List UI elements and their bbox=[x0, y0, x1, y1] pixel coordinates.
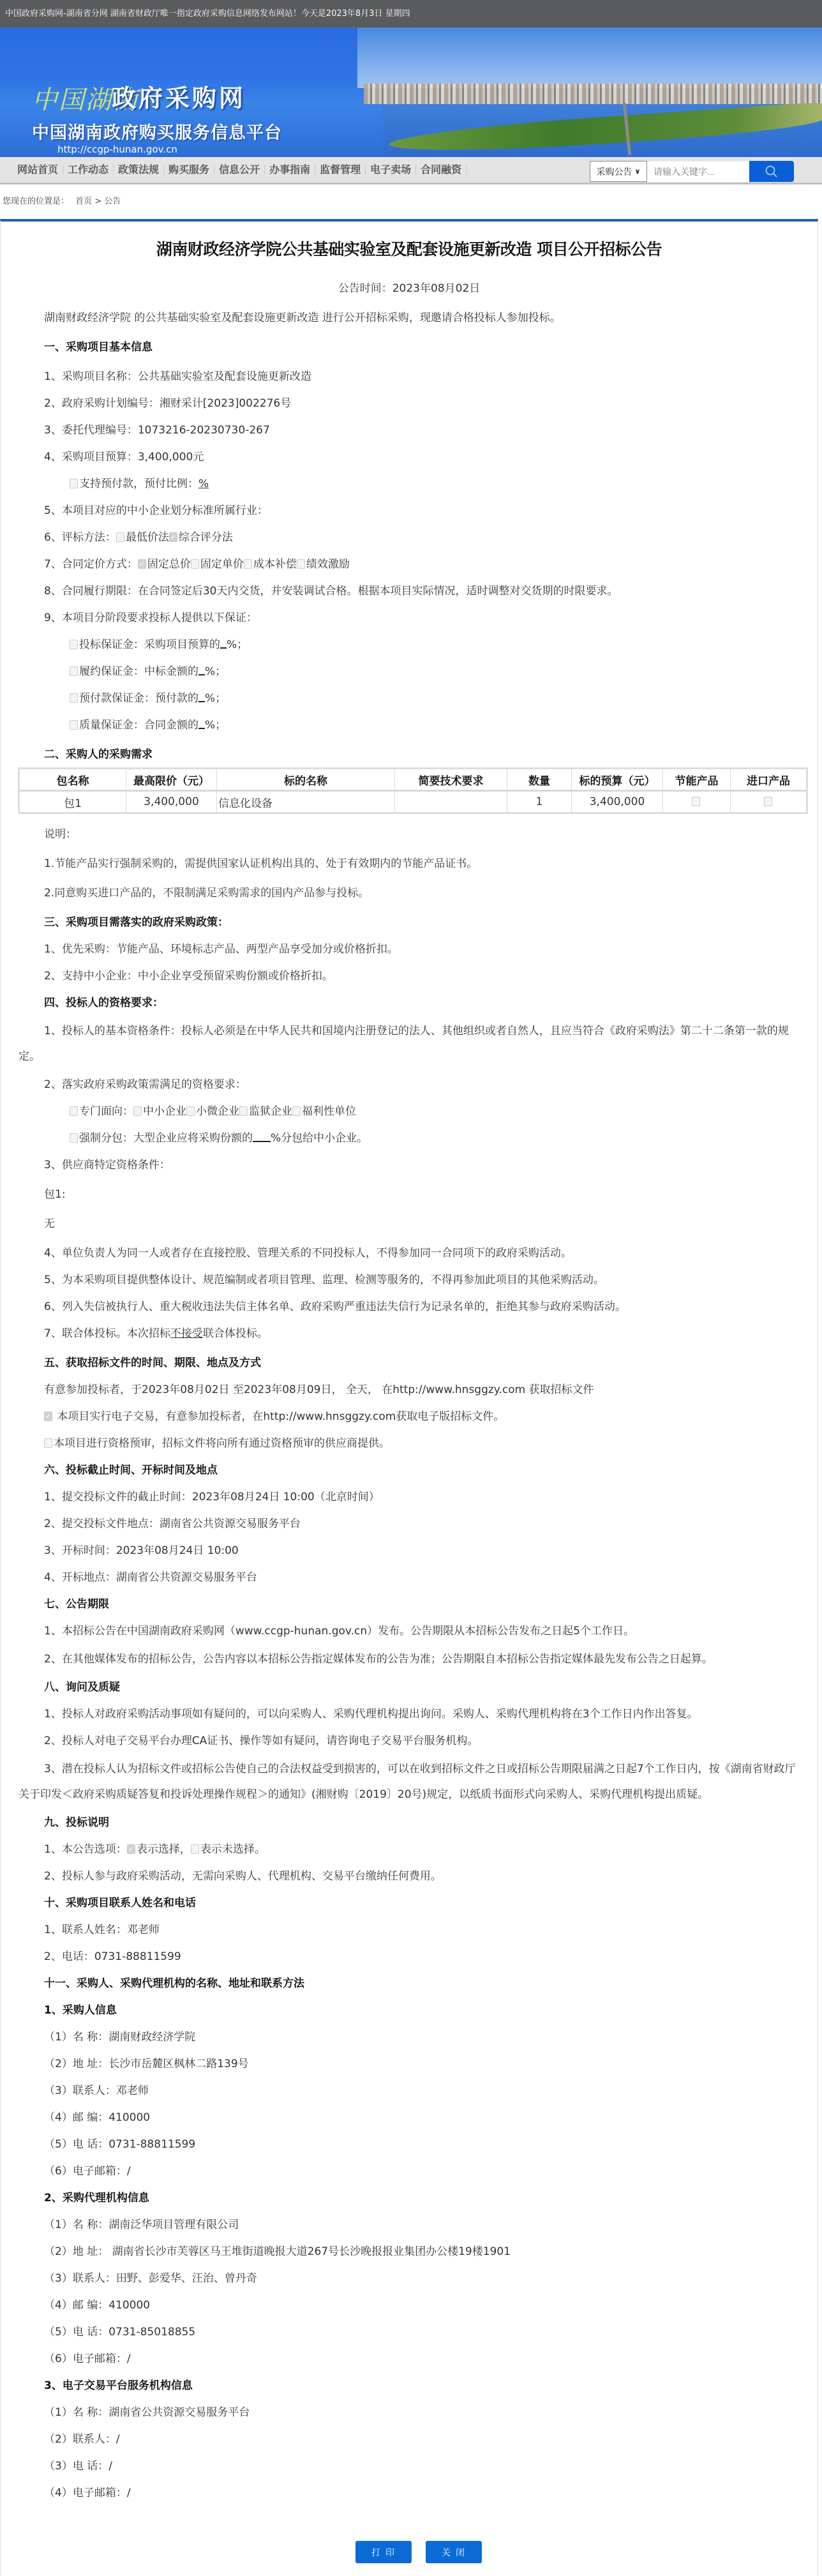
section-8-heading: 八、询问及质疑 bbox=[19, 1681, 800, 1694]
search-icon bbox=[765, 165, 779, 179]
s9-item2: 2、投标人参与政府采购活动，无需向采购人、代理机构、交易平台缴纳任何费用。 bbox=[19, 1870, 800, 1883]
checkbox-legend-checked bbox=[127, 1844, 135, 1854]
banner-sky bbox=[357, 27, 822, 88]
announcement-body: 湖南财政经济学院 的公共基础实验室及配套设施更新改造 进行公开招标采购，现邀请合… bbox=[1, 312, 818, 2499]
s1-prepay: 支持预付款，预付比例：% bbox=[19, 478, 800, 490]
search-category-value: 采购公告 bbox=[597, 165, 632, 178]
section-3-heading: 三、采购项目需落实的政府采购政策： bbox=[19, 916, 800, 929]
s2-note2: 2.同意购买进口产品的，不限制满足采购需求的国内产品参与投标。 bbox=[19, 887, 800, 900]
s3-item1: 1、优先采购：节能产品、环境标志产品、两型产品享受加分或价格折扣。 bbox=[19, 943, 800, 956]
s1-item4: 4、采购项目预算：3,400,000元 bbox=[19, 451, 800, 463]
banner-city bbox=[364, 84, 822, 104]
s6-item1: 1、提交投标文件的截止时间：2023年08月24日 10:00（北京时间） bbox=[19, 1491, 800, 1503]
checkbox-sme bbox=[133, 1106, 142, 1116]
section-10-heading: 十、采购项目联系人姓名和电话 bbox=[19, 1897, 800, 1909]
checkbox-comprehensive-score bbox=[169, 532, 177, 542]
logo-subtitle: 中国湖南政府购买服务信息平台 bbox=[32, 119, 282, 144]
agent-info-heading: 2、采购代理机构信息 bbox=[19, 2192, 800, 2204]
top-info-bar: 中国政府采购网-湖南省分网 湖南省财政厅唯一指定政府采购信息网络发布网站！今天是… bbox=[0, 0, 822, 27]
s1-item8: 8、合同履行期限：在合同签定后30天内交货，并安装调试合格。根据本项目实际情况，… bbox=[19, 585, 800, 598]
platform-name: （1）名 称：湖南省公共资源交易服务平台 bbox=[19, 2406, 800, 2419]
s4-item1: 1、投标人的基本资格条件：投标人必须是在中华人民共和国境内注册登记的法人、其他组… bbox=[19, 1018, 800, 1069]
breadcrumb-current: 公告 bbox=[104, 197, 121, 206]
s3-item2: 2、支持中小企业：中小企业享受预留采购份额或价格折扣。 bbox=[19, 970, 800, 983]
chevron-down-icon: ∨ bbox=[635, 167, 641, 176]
checkbox-fixed-unit bbox=[191, 559, 199, 569]
platform-info-heading: 3、电子交易平台服务机构信息 bbox=[19, 2379, 800, 2392]
s1-item5: 5、本项目对应的中小企业划分标准所属行业： bbox=[19, 504, 800, 517]
s6-item2: 2、提交投标文件地点：湖南省公共资源交易服务平台 bbox=[19, 1518, 800, 1530]
s7-item1: 1、本招标公告在中国湖南政府采购网（www.ccgp-hunan.gov.cn）… bbox=[19, 1625, 800, 1638]
s8-item3: 3、潜在投标人认为招标文件或招标公告使自己的合法权益受到损害的，可以在收到招标文… bbox=[19, 1756, 800, 1807]
search-button[interactable] bbox=[749, 161, 794, 182]
checkbox-prison bbox=[239, 1106, 248, 1116]
guarantee-quality: 质量保证金：合同金额的%； bbox=[19, 719, 800, 732]
buyer-contact: （3）联系人：邓老师 bbox=[19, 2084, 800, 2097]
s4-item3: 3、供应商特定资格条件： bbox=[19, 1159, 800, 1171]
s5-line1: 有意参加投标者，于2023年08月02日 至2023年08月09日， 全天， 在… bbox=[19, 1383, 800, 1396]
s9-item1: 1、本公告选项：表示选择，表示未选择。 bbox=[19, 1843, 800, 1856]
publish-date: 公告时间：2023年08月02日 bbox=[1, 279, 818, 295]
s1-item2: 2、政府采购计划编号：湘财采计[2023]002276号 bbox=[19, 397, 800, 410]
s5-line3: 本项目进行资格预审，招标文件将向所有通过资格预审的供应商提供。 bbox=[19, 1437, 800, 1450]
search-category-select[interactable]: 采购公告 ∨ bbox=[590, 161, 647, 182]
top-info-text: 中国政府采购网-湖南省分网 湖南省财政厅唯一指定政府采购信息网络发布网站！今天是… bbox=[5, 9, 410, 19]
s5-line2: 本项目实行电子交易，有意参加投标者，在http://www.hnsggzy.co… bbox=[19, 1410, 800, 1423]
s8-item1: 1、投标人对政府采购活动事项如有疑问的，可以向采购人、采购代理机构提出询问。采购… bbox=[19, 1708, 800, 1721]
s4-item6: 6、列入失信被执行人、重大税收违法失信主体名单、政府采购严重违法失信行为记录名单… bbox=[19, 1300, 800, 1313]
buyer-address: （2）地 址：长沙市岳麓区枫林二路139号 bbox=[19, 2058, 800, 2070]
checkbox-cost-reimburse bbox=[244, 559, 252, 569]
s4-item4: 4、单位负责人为同一人或者存在直接控股、管理关系的不同投标人，不得参加同一合同项… bbox=[19, 1247, 800, 1260]
guarantee-prepay: 预付款保证金：预付款的%； bbox=[19, 692, 800, 705]
s2-note-label: 说明： bbox=[19, 828, 800, 841]
section-6-heading: 六、投标截止时间、开标时间及地点 bbox=[19, 1464, 800, 1477]
checkbox-lowest-price bbox=[116, 532, 124, 542]
section-4-heading: 四、投标人的资格要求： bbox=[19, 997, 800, 1009]
page-title: 湖南财政经济学院公共基础实验室及配套设施更新改造 项目公开招标公告 bbox=[1, 237, 818, 260]
checkbox-e-trade bbox=[44, 1412, 52, 1421]
platform-email: （4）电子邮箱：/ bbox=[19, 2487, 800, 2499]
s2-note1: 1.节能产品实行强制采购的，需提供国家认证机构出具的、处于有效期内的节能产品证书… bbox=[19, 857, 800, 870]
s4-pkg: 包1: bbox=[19, 1188, 800, 1201]
s8-item2: 2、投标人对电子交易平台办理CA证书、操作等如有疑问，请咨询电子交易平台服务机构… bbox=[19, 1735, 800, 1747]
s1-item9: 9、本项目分阶段要求投标人提供以下保证： bbox=[19, 612, 800, 624]
guarantee-bid: 投标保证金：采购项目预算的%； bbox=[19, 638, 800, 651]
buyer-postcode: （4）邮 编：410000 bbox=[19, 2111, 800, 2124]
checkbox-legend-unchecked bbox=[191, 1844, 199, 1854]
checkbox-performance-bond bbox=[70, 667, 78, 676]
table-header-row: 包名称 最高限价（元） 标的名称 简要技术要求 数量 标的预算（元） 节能产品 … bbox=[19, 769, 807, 791]
s1-item3: 3、委托代理编号：1073216-20230730-267 bbox=[19, 424, 800, 437]
section-7-heading: 七、公告期限 bbox=[19, 1598, 800, 1611]
buyer-name: （1）名 称：湖南财政经济学院 bbox=[19, 2031, 800, 2044]
nav-info-disclosure[interactable]: 信息公开 bbox=[214, 165, 265, 175]
s1-item6: 6、评标方法：最低价法综合评分法 bbox=[19, 531, 800, 544]
main-nav: 网站首页 工作动态 政策法规 购买服务 信息公开 办事指南 监督管理 电子卖场 … bbox=[0, 155, 822, 185]
buyer-email: （6）电子邮箱：/ bbox=[19, 2165, 800, 2178]
search-bar: 采购公告 ∨ bbox=[590, 161, 794, 182]
s4-split: 强制分包：大型企业应将采购份额的%分包给中小企业。 bbox=[19, 1132, 800, 1145]
section-5-heading: 五、获取招标文件的时间、期限、地点及方式 bbox=[19, 1357, 800, 1369]
agent-address: （2）地 址： 湖南省长沙市芙蓉区马王堆街道晚报大道267号长沙晚报报业集团办公… bbox=[19, 2245, 800, 2258]
announcement-container: 湖南财政经济学院公共基础实验室及配套设施更新改造 项目公开招标公告 公告时间：2… bbox=[0, 219, 818, 2576]
s6-item4: 4、开标地点：湖南省公共资源交易服务平台 bbox=[19, 1571, 800, 1584]
breadcrumb-prefix: 您现在的位置是： bbox=[3, 197, 69, 206]
platform-contact: （2）联系人：/ bbox=[19, 2433, 800, 2446]
s4-special: 专门面向：中小企业小微企业监狱企业福利性单位 bbox=[19, 1105, 800, 1118]
nav-contract-finance[interactable]: 合同融资 bbox=[416, 165, 467, 175]
buyer-info-heading: 1、采购人信息 bbox=[19, 2004, 800, 2017]
checkbox-prequal bbox=[44, 1438, 52, 1448]
agent-phone: （5）电 话：0731-85018855 bbox=[19, 2326, 800, 2339]
print-button[interactable]: 打印 bbox=[355, 2541, 412, 2563]
checkbox-quality-bond bbox=[70, 720, 78, 730]
action-buttons: 打印 关闭 bbox=[1, 2541, 818, 2576]
breadcrumb-separator: > bbox=[94, 197, 101, 206]
logo-url: http://ccgp-hunan.gov.cn bbox=[57, 144, 177, 155]
checkbox-prepay bbox=[70, 479, 78, 488]
checkbox-special bbox=[70, 1106, 78, 1116]
s4-item7: 7、联合体投标。本次招标不接受联合体投标。 bbox=[19, 1327, 800, 1340]
checkbox-prepay-bond bbox=[70, 693, 78, 703]
close-button[interactable]: 关闭 bbox=[426, 2541, 482, 2563]
prepay-percent: % bbox=[198, 478, 209, 490]
nav-home[interactable]: 网站首页 bbox=[13, 165, 63, 175]
agent-postcode: （4）邮 编：410000 bbox=[19, 2299, 800, 2312]
guarantee-performance: 履约保证金：中标金额的%； bbox=[19, 665, 800, 678]
requirements-table: 包名称 最高限价（元） 标的名称 简要技术要求 数量 标的预算（元） 节能产品 … bbox=[18, 767, 808, 814]
logo-title: 政府采购网 bbox=[112, 79, 246, 114]
agent-contact: （3）联系人：田野、彭爱华、汪治、曾丹奇 bbox=[19, 2272, 800, 2285]
nav-work-news[interactable]: 工作动态 bbox=[63, 165, 114, 175]
checkbox-bid-bond bbox=[70, 640, 78, 649]
section-2-heading: 二、采购人的采购需求 bbox=[19, 748, 800, 761]
table-row: 包1 3,400,000 信息化设备 1 3,400,000 bbox=[19, 791, 807, 813]
s1-item1: 1、采购项目名称：公共基础实验室及配套设施更新改造 bbox=[19, 370, 800, 383]
platform-phone: （3）电 话：/ bbox=[19, 2460, 800, 2473]
checkbox-performance bbox=[297, 559, 305, 569]
breadcrumb: 您现在的位置是： 首页 > 公告 bbox=[0, 185, 822, 210]
agent-name: （1）名 称：湖南泛华项目管理有限公司 bbox=[19, 2218, 800, 2231]
nav-supervision[interactable]: 监督管理 bbox=[315, 165, 366, 175]
checkbox-welfare bbox=[292, 1106, 301, 1116]
section-11-heading: 十一、采购人、采购代理机构的名称、地址和联系方法 bbox=[19, 1977, 800, 1990]
s4-item5: 5、为本采购项目提供整体设计、规范编制或者项目管理、监理、检测等服务的，不得再参… bbox=[19, 1274, 800, 1286]
checkbox-fixed-total bbox=[138, 559, 146, 569]
intro: 湖南财政经济学院 的公共基础实验室及配套设施更新改造 进行公开招标采购，现邀请合… bbox=[19, 312, 800, 324]
nav-e-mall[interactable]: 电子卖场 bbox=[366, 165, 416, 175]
section-1-heading: 一、采购项目基本信息 bbox=[19, 341, 800, 354]
checkbox-split bbox=[70, 1133, 78, 1143]
nav-policies[interactable]: 政策法规 bbox=[114, 165, 164, 175]
search-input[interactable] bbox=[647, 161, 749, 182]
checkbox-energy-saving bbox=[692, 797, 700, 806]
s1-item7: 7、合同定价方式：固定总价固定单价成本补偿绩效激励 bbox=[19, 558, 800, 571]
s6-item3: 3、开标时间：2023年08月24日 10:00 bbox=[19, 1544, 800, 1557]
checkbox-micro bbox=[186, 1106, 195, 1116]
s10-item2: 2、电话：0731-88811599 bbox=[19, 1950, 800, 1963]
nav-guide[interactable]: 办事指南 bbox=[265, 165, 315, 175]
s4-item2: 2、落实政府采购政策需满足的资格要求： bbox=[19, 1078, 800, 1091]
site-banner: 中国湖南 政府采购网 中国湖南政府购买服务信息平台 http://ccgp-hu… bbox=[0, 27, 822, 155]
agent-email: （6）电子邮箱：/ bbox=[19, 2353, 800, 2365]
s7-item2: 2、在其他媒体发布的招标公告，公告内容以本招标公告指定媒体发布的公告为准；公告期… bbox=[19, 1646, 800, 1672]
section-9-heading: 九、投标说明 bbox=[19, 1816, 800, 1829]
checkbox-imported bbox=[764, 797, 772, 806]
nav-purchase-services[interactable]: 购买服务 bbox=[164, 165, 214, 175]
s10-item1: 1、联系人姓名：邓老师 bbox=[19, 1924, 800, 1936]
breadcrumb-home[interactable]: 首页 bbox=[75, 197, 92, 206]
s4-none: 无 bbox=[19, 1217, 800, 1230]
buyer-phone: （5）电 话：0731-88811599 bbox=[19, 2138, 800, 2151]
